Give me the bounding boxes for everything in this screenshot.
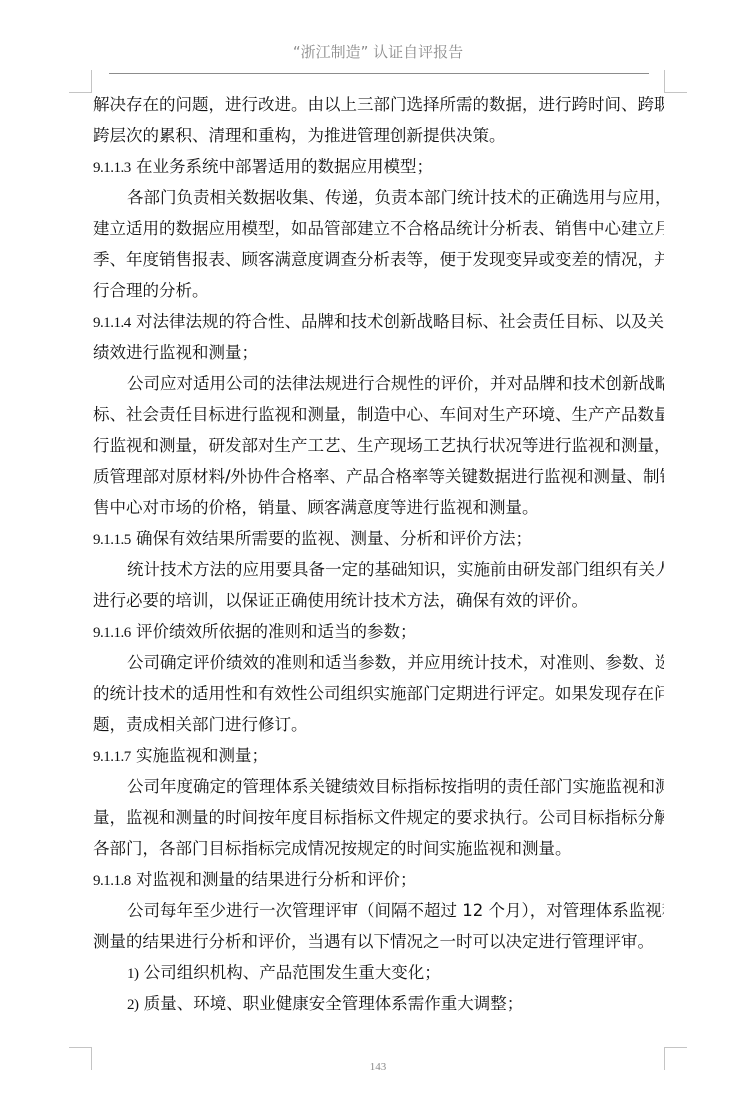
line-text: 公司每年至少进行一次管理评审（间隔不超过 12 个月），对管理体系监视和 [127, 901, 664, 920]
line-text: 跨层次的累积、清理和重构，为推进管理创新提供决策。 [93, 126, 506, 145]
paragraph-line: 绩效进行监视和测量； [93, 337, 664, 368]
paragraph-line: 建立适用的数据应用模型，如品管部建立不合格品统计分析表、销售中心建立月、 [93, 213, 664, 244]
line-text: 售中心对市场的价格，销量、顾客满意度等进行监视和测量。 [93, 498, 539, 517]
line-text: 绩效进行监视和测量； [93, 343, 258, 362]
paragraph-line: 统计技术方法的应用要具备一定的基础知识，实施前由研发部门组织有关人员 [93, 554, 664, 585]
line-text: 行监视和测量，研发部对生产工艺、生产现场工艺执行状况等进行监视和测量，品 [93, 436, 664, 455]
list-item-number: 1) [127, 966, 139, 982]
paragraph-line: 售中心对市场的价格，销量、顾客满意度等进行监视和测量。 [93, 492, 664, 523]
running-header-title: “浙江制造” 认证自评报告 [0, 42, 756, 62]
paragraph-line: 标、社会责任目标进行监视和测量，制造中心、车间对生产环境、生产产品数量进 [93, 399, 664, 430]
header-divider [109, 73, 649, 74]
line-text: 季、年度销售报表、顾客满意度调查分析表等，便于发现变异或变差的情况，并进 [93, 250, 664, 269]
line-text: 题，责成相关部门进行修订。 [93, 715, 308, 734]
line-text: 进行必要的培训，以保证正确使用统计技术方法，确保有效的评价。 [93, 591, 588, 610]
paragraph-line: 公司应对适用公司的法律法规进行合规性的评价，并对品牌和技术创新战略目 [93, 368, 664, 399]
paragraph-line: 进行必要的培训，以保证正确使用统计技术方法，确保有效的评价。 [93, 585, 664, 616]
section-heading: 9.1.1.3 在业务系统中部署适用的数据应用模型； [93, 151, 664, 182]
section-heading: 9.1.1.4 对法律法规的符合性、品牌和技术创新战略目标、社会责任目标、以及关… [93, 306, 664, 337]
line-text: 各部门负责相关数据收集、传递，负责本部门统计技术的正确选用与应用，应 [127, 188, 664, 207]
paragraph-line: 各部门负责相关数据收集、传递，负责本部门统计技术的正确选用与应用，应 [93, 182, 664, 213]
line-text: 公司组织机构、产品范围发生重大变化； [144, 963, 441, 982]
section-number: 9.1.1.3 [93, 160, 131, 176]
paragraph-line: 各部门，各部门目标指标完成情况按规定的时间实施监视和测量。 [93, 833, 664, 864]
paragraph-line: 跨层次的累积、清理和重构，为推进管理创新提供决策。 [93, 120, 664, 151]
line-text: 解决存在的问题，进行改进。由以上三部门选择所需的数据，进行跨时间、跨职能、 [93, 95, 664, 114]
margin-corner-mark-top-left [69, 70, 92, 93]
line-text: 公司年度确定的管理体系关键绩效目标指标按指明的责任部门实施监视和测 [127, 777, 664, 796]
paragraph-line: 行监视和测量，研发部对生产工艺、生产现场工艺执行状况等进行监视和测量，品 [93, 430, 664, 461]
section-heading: 9.1.1.8 对监视和测量的结果进行分析和评价； [93, 864, 664, 895]
paragraph-line: 质管理部对原材料/外协件合格率、产品合格率等关键数据进行监视和测量、制销 [93, 461, 664, 492]
section-number: 9.1.1.4 [93, 315, 131, 331]
line-text: 测量的结果进行分析和评价，当遇有以下情况之一时可以决定进行管理评审。 [93, 932, 654, 951]
page-number: 143 [0, 1061, 756, 1073]
section-number: 9.1.1.7 [93, 749, 131, 765]
list-item: 2) 质量、环境、职业健康安全管理体系需作重大调整； [93, 988, 664, 1019]
list-item-number: 2) [127, 997, 139, 1013]
margin-corner-mark-top-right [664, 70, 687, 93]
line-text: 对法律法规的符合性、品牌和技术创新战略目标、社会责任目标、以及关键 [136, 312, 664, 331]
line-text: 对监视和测量的结果进行分析和评价； [136, 870, 417, 889]
section-heading: 9.1.1.7 实施监视和测量； [93, 740, 664, 771]
section-number: 9.1.1.5 [93, 532, 131, 548]
line-text: 在业务系统中部署适用的数据应用模型； [136, 157, 433, 176]
line-text: 质管理部对原材料/外协件合格率、产品合格率等关键数据进行监视和测量、制销 [93, 467, 664, 486]
paragraph-line: 公司每年至少进行一次管理评审（间隔不超过 12 个月），对管理体系监视和 [93, 895, 664, 926]
section-heading: 9.1.1.6 评价绩效所依据的准则和适当的参数； [93, 616, 664, 647]
section-number: 9.1.1.8 [93, 873, 131, 889]
line-text: 统计技术方法的应用要具备一定的基础知识，实施前由研发部门组织有关人员 [127, 560, 664, 579]
section-number: 9.1.1.6 [93, 625, 131, 641]
paragraph-line: 行合理的分析。 [93, 275, 664, 306]
line-text: 行合理的分析。 [93, 281, 209, 300]
list-item: 1) 公司组织机构、产品范围发生重大变化； [93, 957, 664, 988]
paragraph-line: 公司年度确定的管理体系关键绩效目标指标按指明的责任部门实施监视和测 [93, 771, 664, 802]
line-text: 各部门，各部门目标指标完成情况按规定的时间实施监视和测量。 [93, 839, 572, 858]
line-text: 量，监视和测量的时间按年度目标指标文件规定的要求执行。公司目标指标分解到 [93, 808, 664, 827]
document-body: 解决存在的问题，进行改进。由以上三部门选择所需的数据，进行跨时间、跨职能、跨层次… [93, 89, 664, 1019]
line-text: 评价绩效所依据的准则和适当的参数； [136, 622, 417, 641]
paragraph-line: 公司确定评价绩效的准则和适当参数，并应用统计技术，对准则、参数、选用 [93, 647, 664, 678]
paragraph-line: 题，责成相关部门进行修订。 [93, 709, 664, 740]
line-text: 标、社会责任目标进行监视和测量，制造中心、车间对生产环境、生产产品数量进 [93, 405, 664, 424]
line-text: 公司应对适用公司的法律法规进行合规性的评价，并对品牌和技术创新战略目 [127, 374, 664, 393]
line-text: 确保有效结果所需要的监视、测量、分析和评价方法； [136, 529, 532, 548]
paragraph-line: 的统计技术的适用性和有效性公司组织实施部门定期进行评定。如果发现存在问 [93, 678, 664, 709]
paragraph-line: 季、年度销售报表、顾客满意度调查分析表等，便于发现变异或变差的情况，并进 [93, 244, 664, 275]
line-text: 质量、环境、职业健康安全管理体系需作重大调整； [144, 994, 524, 1013]
line-text: 建立适用的数据应用模型，如品管部建立不合格品统计分析表、销售中心建立月、 [93, 219, 664, 238]
paragraph-line: 测量的结果进行分析和评价，当遇有以下情况之一时可以决定进行管理评审。 [93, 926, 664, 957]
line-text: 实施监视和测量； [136, 746, 268, 765]
paragraph-line: 量，监视和测量的时间按年度目标指标文件规定的要求执行。公司目标指标分解到 [93, 802, 664, 833]
line-text: 的统计技术的适用性和有效性公司组织实施部门定期进行评定。如果发现存在问 [93, 684, 664, 703]
paragraph-line: 解决存在的问题，进行改进。由以上三部门选择所需的数据，进行跨时间、跨职能、 [93, 89, 664, 120]
section-heading: 9.1.1.5 确保有效结果所需要的监视、测量、分析和评价方法； [93, 523, 664, 554]
line-text: 公司确定评价绩效的准则和适当参数，并应用统计技术，对准则、参数、选用 [127, 653, 664, 672]
